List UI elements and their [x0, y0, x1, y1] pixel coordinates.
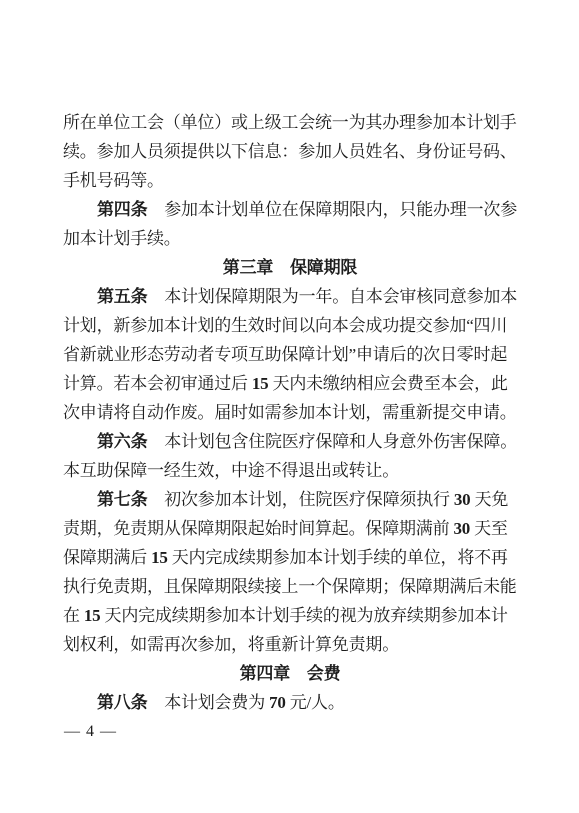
bold-text-run: 15 [151, 548, 168, 567]
text-run: 天至 [470, 519, 508, 538]
bold-text-run: 15 [252, 374, 269, 393]
bold-text-run: 70 [269, 693, 286, 712]
bold-text-run: 30 [453, 519, 470, 538]
text-line: 责期，免责期从保障期限起始时间算起。保障期满前 30 天至 [63, 514, 517, 543]
text-run: 执行免责期，且保障期限续接上一个保障期；保障期满后未能 [63, 577, 517, 596]
text-line: 计算。若本会初审通过后 15 天内未缴纳相应会费至本会，此 [63, 369, 517, 398]
text-run: 天内完成续期参加本计划手续的视为放弃续期参加本计 [100, 606, 507, 625]
bold-text-run: 第七条 [97, 490, 147, 509]
text-run: 续。参加人员须提供以下信息：参加人员姓名、身份证号码、 [63, 142, 517, 161]
text-run: 手机号码等。 [63, 171, 164, 190]
text-run: 本互助保障一经生效，中途不得退出或转让。 [63, 461, 399, 480]
text-line: 第四条 参加本计划单位在保障期限内，只能办理一次参 [63, 195, 517, 224]
text-run: 次申请将自动作废。届时如需参加本计划，需重新提交申请。 [63, 403, 517, 422]
text-line: 第七条 初次参加本计划，住院医疗保障须执行 30 天免 [63, 485, 517, 514]
text-run: 本计划包含住院医疗保障和人身意外伤害保障。 [147, 432, 517, 451]
text-run: 天内未缴纳相应会费至本会，此 [268, 374, 507, 393]
text-run: 所在单位工会（单位）或上级工会统一为其办理参加本计划手 [63, 113, 517, 132]
text-line: 加本计划手续。 [63, 224, 517, 253]
text-run: 参加本计划单位在保障期限内，只能办理一次参 [147, 200, 517, 219]
bold-text-run: 第四章 会费 [240, 664, 341, 683]
text-line: 第八条 本计划会费为 70 元/人。 [63, 688, 517, 717]
text-run: 初次参加本计划，住院医疗保障须执行 [147, 490, 453, 509]
text-run: 元/人。 [286, 693, 345, 712]
text-run: 在 [63, 606, 84, 625]
text-run: 本计划会费为 [147, 693, 269, 712]
bold-text-run: 第八条 [97, 693, 147, 712]
text-run: 加本计划手续。 [63, 229, 181, 248]
text-line: 所在单位工会（单位）或上级工会统一为其办理参加本计划手 [63, 108, 517, 137]
bold-text-run: 30 [454, 490, 471, 509]
text-line: 执行免责期，且保障期限续接上一个保障期；保障期满后未能 [63, 572, 517, 601]
text-run: 天免 [470, 490, 508, 509]
text-line: 保障期满后 15 天内完成续期参加本计划手续的单位，将不再 [63, 543, 517, 572]
chapter-heading: 第四章 会费 [63, 659, 517, 688]
text-run: 本计划保障期限为一年。自本会审核同意参加本 [147, 287, 517, 306]
text-run: 保障期满后 [63, 548, 151, 567]
text-line: 计划，新参加本计划的生效时间以向本会成功提交参加“四川 [63, 311, 517, 340]
text-line: 手机号码等。 [63, 166, 517, 195]
page-number: — 4 — [64, 722, 117, 742]
text-run: 天内完成续期参加本计划手续的单位，将不再 [168, 548, 508, 567]
text-line: 续。参加人员须提供以下信息：参加人员姓名、身份证号码、 [63, 137, 517, 166]
text-line: 本互助保障一经生效，中途不得退出或转让。 [63, 456, 517, 485]
text-run: 划权利，如需再次参加，将重新计算免责期。 [63, 635, 399, 654]
text-line: 在 15 天内完成续期参加本计划手续的视为放弃续期参加本计 [63, 601, 517, 630]
bold-text-run: 第五条 [97, 287, 147, 306]
text-line: 划权利，如需再次参加，将重新计算免责期。 [63, 630, 517, 659]
text-run: 计算。若本会初审通过后 [63, 374, 252, 393]
text-line: 省新就业形态劳动者专项互助保障计划”申请后的次日零时起 [63, 340, 517, 369]
bold-text-run: 第六条 [97, 432, 147, 451]
text-line: 次申请将自动作废。届时如需参加本计划，需重新提交申请。 [63, 398, 517, 427]
bold-text-run: 第三章 保障期限 [223, 258, 357, 277]
text-line: 第五条 本计划保障期限为一年。自本会审核同意参加本 [63, 282, 517, 311]
document-body: 所在单位工会（单位）或上级工会统一为其办理参加本计划手续。参加人员须提供以下信息… [63, 108, 517, 717]
bold-text-run: 第四条 [97, 200, 147, 219]
text-line: 第六条 本计划包含住院医疗保障和人身意外伤害保障。 [63, 427, 517, 456]
document-page: 所在单位工会（单位）或上级工会统一为其办理参加本计划手续。参加人员须提供以下信息… [0, 0, 579, 813]
text-run: 计划，新参加本计划的生效时间以向本会成功提交参加“四川 [63, 316, 507, 335]
chapter-heading: 第三章 保障期限 [63, 253, 517, 282]
text-run: 责期，免责期从保障期限起始时间算起。保障期满前 [63, 519, 453, 538]
bold-text-run: 15 [84, 606, 101, 625]
text-run: 省新就业形态劳动者专项互助保障计划”申请后的次日零时起 [63, 345, 507, 364]
